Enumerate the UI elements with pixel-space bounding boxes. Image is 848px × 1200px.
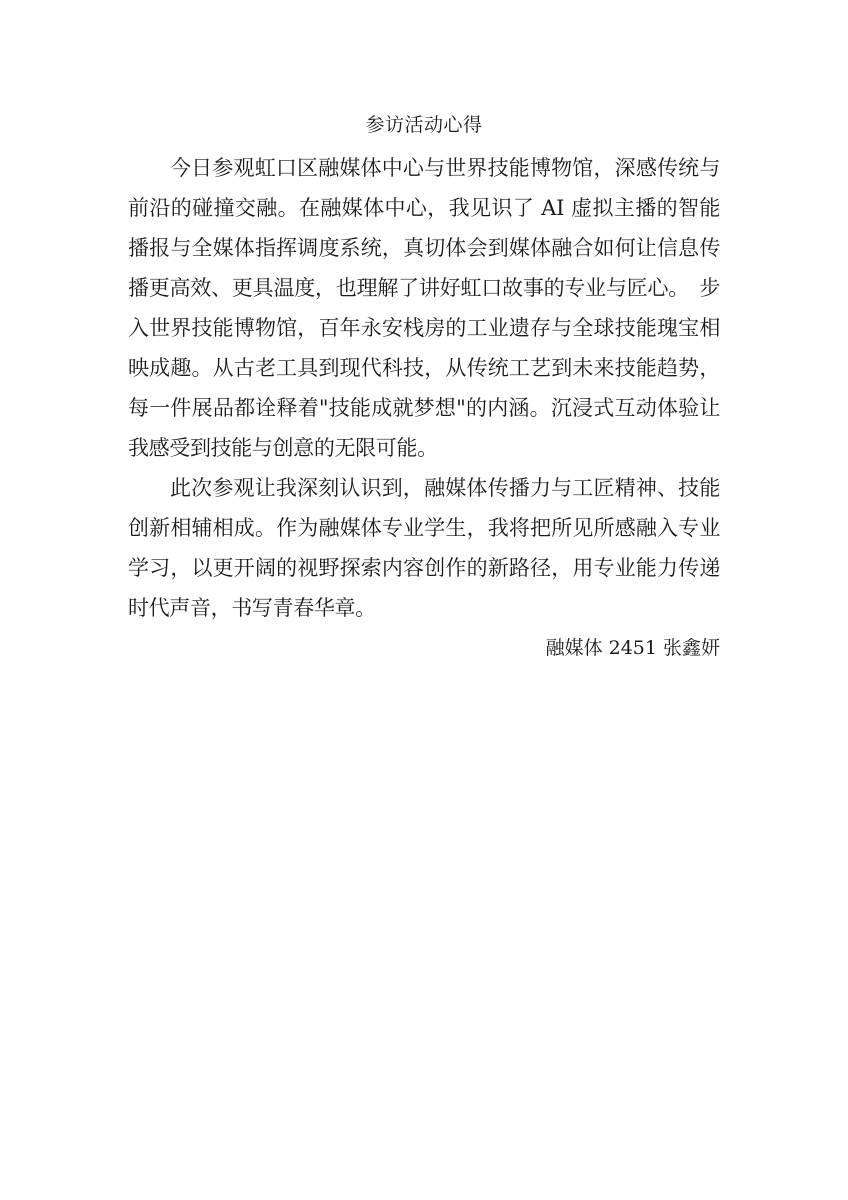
document-title: 参访活动心得 <box>128 108 720 142</box>
paragraph-1: 今日参观虹口区融媒体中心与世界技能博物馆，深感传统与前沿的碰撞交融。在融媒体中心… <box>128 148 720 468</box>
author-signature: 融媒体 2451 张鑫妍 <box>128 628 720 668</box>
paragraph-2: 此次参观让我深刻认识到，融媒体传播力与工匠精神、技能创新相辅相成。作为融媒体专业… <box>128 468 720 628</box>
document-page: 参访活动心得 今日参观虹口区融媒体中心与世界技能博物馆，深感传统与前沿的碰撞交融… <box>128 108 720 668</box>
